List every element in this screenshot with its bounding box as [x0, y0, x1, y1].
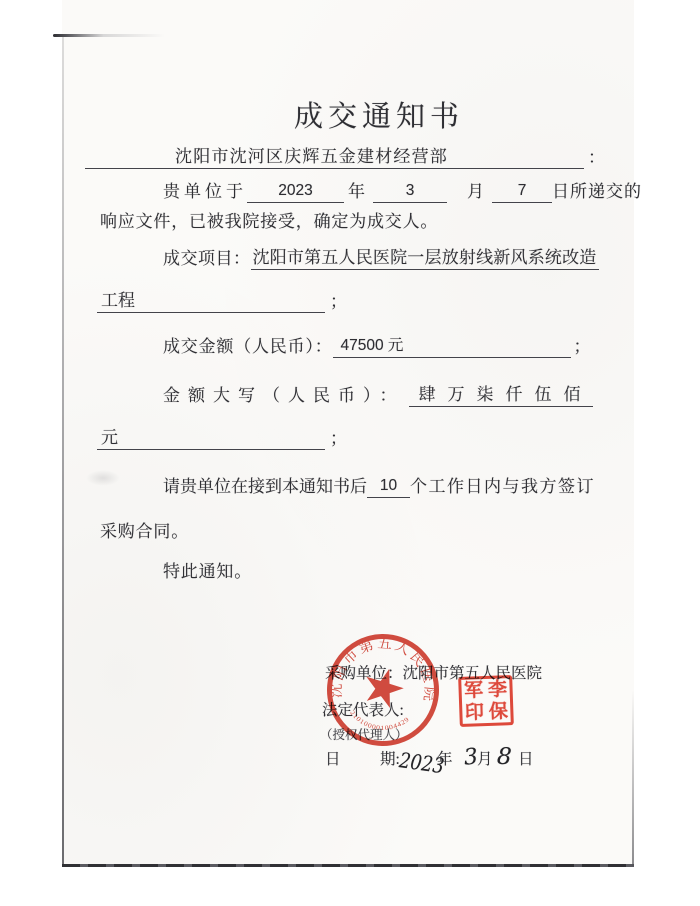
- amount-words-value2: 元: [97, 428, 118, 447]
- square-name-seal: 军 李 印 保: [458, 675, 514, 727]
- deadline-line: 请贵单位在接到本通知书后10个工作日内与我方签订: [163, 474, 595, 498]
- round-org-seal: 沈阳市第五人民医院 210100001004429: [317, 625, 449, 755]
- square-seal-char-bl: 印: [465, 703, 485, 723]
- project-label: 成交项目：: [163, 249, 251, 268]
- amount-words-semicolon: ；: [330, 429, 347, 448]
- square-seal-char-tr: 李: [488, 680, 508, 700]
- year-blank: 2023: [247, 179, 344, 203]
- submission-line: 贵单位于2023年3月7日所递交的: [163, 179, 642, 203]
- amount-words-line2: 元；: [97, 427, 347, 450]
- recipient-line: 沈阳市沈河区庆辉五金建材经营部：: [85, 146, 605, 169]
- seal-star: [360, 663, 408, 710]
- deadline-blank: 10: [367, 474, 410, 498]
- paper-edge-right: [632, 690, 634, 866]
- date-unit-month: 月: [477, 749, 493, 771]
- scan-artifact-line: [53, 34, 165, 37]
- date-label-qi: 期:: [380, 749, 400, 771]
- recipient-name: 沈阳市沈河区庆辉五金建材经营部: [85, 147, 448, 166]
- amount-words-underline: 肆万柒仟伍佰: [409, 384, 593, 407]
- project-line: 成交项目：沈阳市第五人民医院一层放射线新风系统改造: [163, 247, 599, 270]
- year-unit: 年: [348, 182, 365, 201]
- amount-line: 成交金额（人民币）：47500 元；: [163, 334, 591, 358]
- amount-words-value: 肆万柒仟伍佰: [409, 385, 593, 404]
- deadline-line2: 采购合同。: [100, 521, 189, 543]
- date-unit-year: 年: [437, 749, 453, 771]
- recipient-underline: 沈阳市沈河区庆辉五金建材经营部: [85, 146, 584, 169]
- month-blank: 3: [373, 179, 447, 203]
- day-value: 7: [518, 182, 527, 199]
- recipient-colon: ：: [588, 148, 605, 167]
- scan-smudge: [86, 470, 120, 486]
- acceptance-line: 响应文件，已被我院接受，确定为成交人。: [100, 211, 438, 233]
- project-underline2: 工程: [97, 290, 325, 313]
- document-title: 成交通知书: [294, 99, 464, 135]
- seal-code: 210100001004429: [347, 709, 412, 735]
- notice-line: 特此通知。: [163, 561, 252, 583]
- amount-underline: 47500 元: [333, 334, 571, 358]
- project-underline: 沈阳市第五人民医院一层放射线新风系统改造: [251, 247, 599, 270]
- amount-words-label: 金额大写（人民币）：: [163, 386, 405, 405]
- date-line: 日 期: 2023 年 3 月 8 日: [325, 749, 565, 781]
- day-blank: 7: [492, 179, 552, 203]
- year-value: 2023: [278, 182, 312, 199]
- submission-suffix: 日所递交的: [552, 182, 642, 201]
- scanned-document: 成交通知书 沈阳市沈河区庆辉五金建材经营部： 贵单位于2023年3月7日所递交的…: [0, 0, 700, 906]
- handwritten-day: 8: [496, 746, 512, 769]
- svg-text:210100001004429: 210100001004429: [347, 709, 412, 735]
- submission-prefix: 贵单位于: [163, 182, 247, 201]
- project-value2: 工程: [97, 291, 135, 310]
- deadline-days: 10: [380, 477, 397, 494]
- date-label-ri: 日: [325, 749, 341, 771]
- paper-edge-left: [62, 36, 64, 866]
- month-unit: 月: [467, 182, 484, 201]
- date-unit-day: 日: [518, 749, 534, 771]
- square-seal-char-tl: 军: [464, 681, 484, 701]
- amount-words-line: 金额大写（人民币）：肆万柒仟伍佰: [163, 384, 593, 407]
- amount-value: 47500 元: [333, 337, 404, 354]
- amount-words-underline2: 元: [97, 427, 325, 450]
- paper-edge-bottom: [62, 864, 634, 867]
- amount-semicolon: ；: [574, 337, 591, 356]
- month-value: 3: [406, 182, 415, 199]
- project-semicolon: ；: [330, 292, 347, 311]
- amount-label: 成交金额（人民币）：: [163, 337, 333, 356]
- project-line2: 工程；: [97, 290, 347, 313]
- deadline-prefix: 请贵单位在接到本通知书后: [163, 477, 367, 496]
- project-value: 沈阳市第五人民医院一层放射线新风系统改造: [251, 248, 597, 267]
- deadline-suffix: 个工作日内与我方签订: [410, 477, 595, 496]
- square-seal-char-br: 保: [489, 702, 509, 722]
